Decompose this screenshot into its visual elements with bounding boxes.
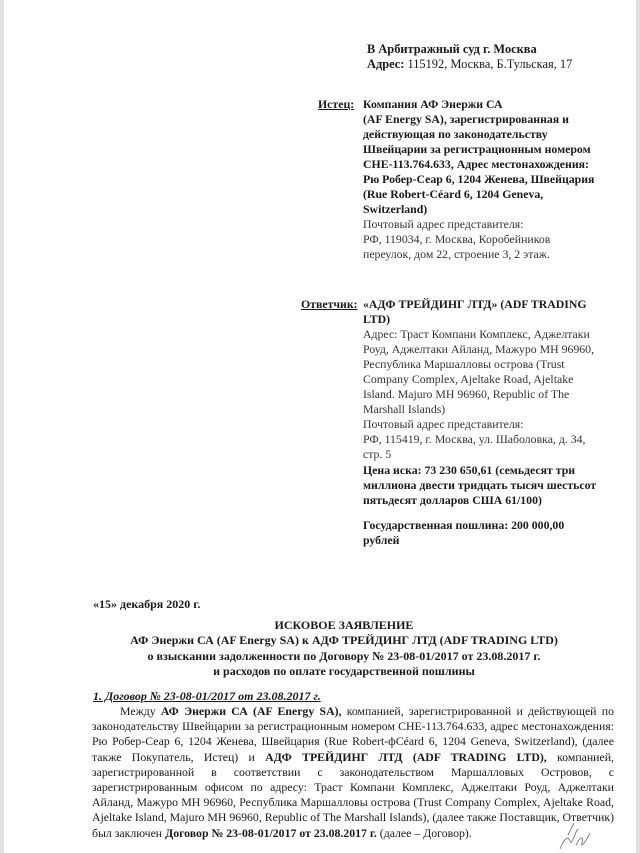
- page-edge-right: [636, 0, 640, 853]
- defendant-address-line: Республика Маршалловы острова (Trust: [363, 357, 628, 372]
- document-date: «15» декабря 2020 г.: [93, 597, 200, 612]
- state-duty: Государственная пошлина: 200 000,00 рубл…: [363, 518, 633, 548]
- defendant-postal-line: РФ, 115419, г. Москва, ул. Шаболовка, д.…: [363, 432, 628, 447]
- court-address-text: 115192, Москва, Б.Тульская, 17: [404, 57, 572, 71]
- para-bold-contract: Договор № 23-08-01/2017 от 23.08.2017 г.: [165, 826, 377, 840]
- defendant-address-line: Адрес: Траст Компани Комплекс, Аджелтаки: [363, 327, 628, 342]
- state-duty-line: Государственная пошлина: 200 000,00: [363, 518, 633, 533]
- plaintiff-name-line: Швейцарии за регистрационным номером: [363, 142, 613, 157]
- plaintiff-name-line: Рю Робер-Сеар 6, 1204 Женева, Швейцария: [363, 172, 613, 187]
- heading-subject: о взыскании задолженности по Договору № …: [64, 649, 624, 664]
- plaintiff-name-line: действующая по законодательству: [363, 127, 613, 142]
- court-name: В Арбитражный суд г. Москва: [367, 42, 572, 57]
- plaintiff-postal-line: РФ, 119034, г. Москва, Коробейников: [363, 232, 613, 247]
- heading-title: ИСКОВОЕ ЗАЯВЛЕНИЕ: [64, 618, 624, 633]
- plaintiff-postal-line: Почтовый адрес представителя:: [363, 217, 613, 232]
- defendant-postal-line: Почтовый адрес представителя:: [363, 417, 628, 432]
- defendant-name-line: LTD): [363, 312, 628, 327]
- state-duty-line: рублей: [363, 533, 633, 548]
- plaintiff-name-line: Компания АФ Энержи СА: [363, 97, 613, 112]
- defendant-name-line: «АДФ ТРЕЙДИНГ ЛТД» (ADF TRADING: [363, 297, 628, 312]
- plaintiff-name-line: (AF Energy SA), зарегистрированная и: [363, 112, 613, 127]
- claim-price: Цена иска: 73 230 650,61 (семьдесят три …: [363, 463, 633, 508]
- plaintiff-label: Истец:: [318, 97, 354, 112]
- heading-parties: АФ Энержи СА (AF Energy SA) к АДФ ТРЕЙДИ…: [64, 633, 624, 648]
- claim-price-line: миллиона двести тридцать тысяч шестьсот: [363, 478, 633, 493]
- document-heading: ИСКОВОЕ ЗАЯВЛЕНИЕ АФ Энержи СА (AF Energ…: [64, 618, 624, 679]
- para-bold-defendant: АДФ ТРЕЙДИНГ ЛТД (ADF TRADING LTD),: [265, 750, 547, 764]
- court-address: Адрес: 115192, Москва, Б.Тульская, 17: [367, 57, 572, 72]
- plaintiff-postal-line: переулок, дом 22, строение 3, 2 этаж.: [363, 247, 613, 262]
- plaintiff-details: Компания АФ Энержи СА (AF Energy SA), за…: [363, 97, 613, 262]
- defendant-label: Ответчик:: [301, 297, 358, 312]
- section-1-paragraph: Между АФ Энержи СА (AF Energy SA), компа…: [92, 704, 614, 841]
- defendant-details: «АДФ ТРЕЙДИНГ ЛТД» (ADF TRADING LTD) Адр…: [363, 297, 628, 462]
- defendant-address-line: Island. Majuro MH 96960, Republic of The: [363, 387, 628, 402]
- para-text: Между: [120, 704, 161, 718]
- para-text: (далее – Договор).: [377, 826, 472, 840]
- defendant-address-line: Роуд, Аджелтаки Айланд, Мажуро МН 96960,: [363, 342, 628, 357]
- court-addressee: В Арбитражный суд г. Москва Адрес: 11519…: [367, 42, 572, 72]
- defendant-postal-line: стр. 5: [363, 447, 628, 462]
- plaintiff-name-line: (Rue Robert-Céard 6, 1204 Geneva,: [363, 187, 613, 202]
- signature-mark: [554, 815, 594, 853]
- defendant-address-line: Marshall Islands): [363, 402, 628, 417]
- plaintiff-name-line: CHE-113.764.633, Адрес местонахождения:: [363, 157, 613, 172]
- claim-price-line: пятьдесят долларов США 61/100): [363, 493, 633, 508]
- defendant-address-line: Company Complex, Ajeltake Road, Ajeltake: [363, 372, 628, 387]
- claim-price-line: Цена иска: 73 230 650,61 (семьдесят три: [363, 463, 633, 478]
- plaintiff-name-line: Switzerland): [363, 202, 613, 217]
- heading-subject-cont: и расходов по оплате государственной пош…: [64, 664, 624, 679]
- para-bold-plaintiff: АФ Энержи СА (AF Energy SA),: [161, 704, 342, 718]
- document-page: В Арбитражный суд г. Москва Адрес: 11519…: [4, 0, 636, 853]
- section-1-title: 1. Договор № 23-08-01/2017 от 23.08.2017…: [93, 689, 321, 704]
